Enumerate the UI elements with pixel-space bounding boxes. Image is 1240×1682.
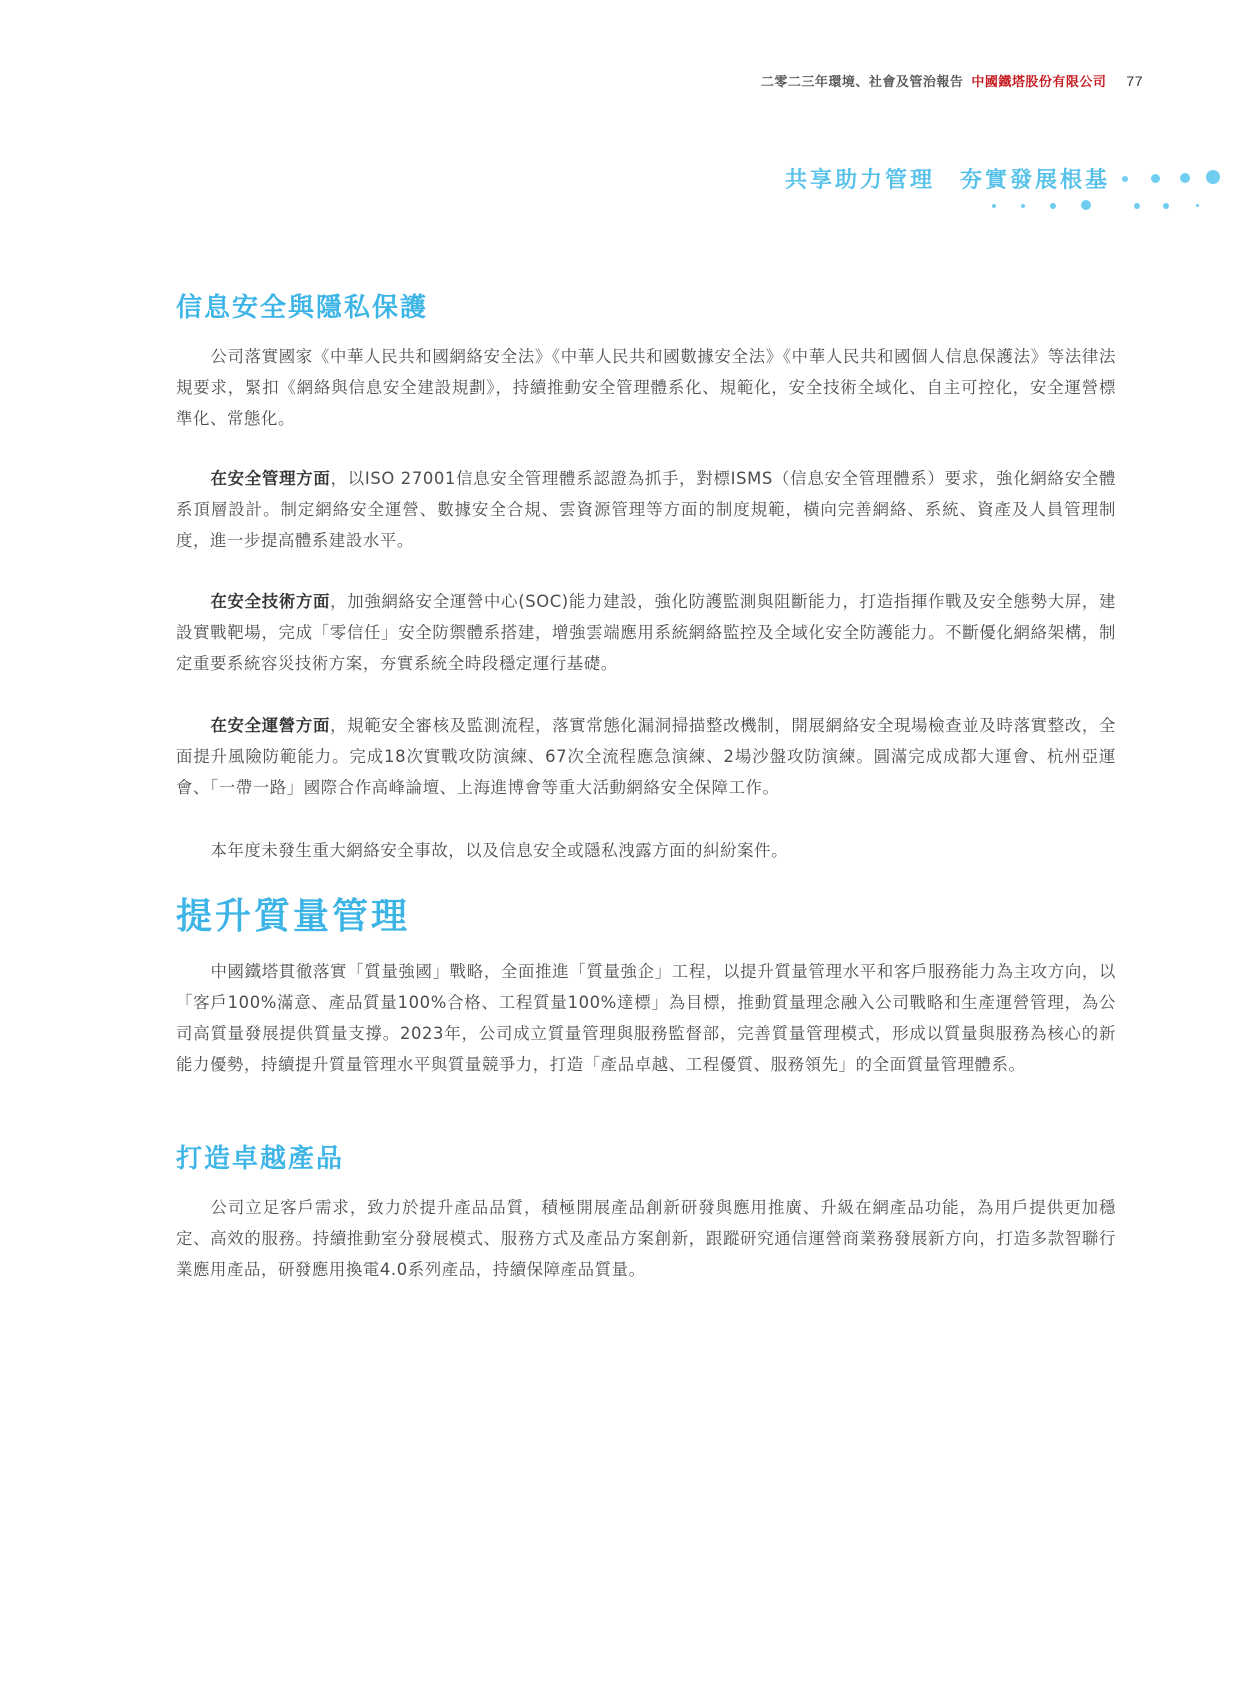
paragraph-lead: 在安全技術方面 xyxy=(210,592,330,611)
paragraph: 中國鐵塔貫徹落實「質量強國」戰略，全面推進「質量強企」工程，以提升質量管理水平和… xyxy=(176,956,1116,1080)
dot-icon xyxy=(1050,203,1056,209)
dot-icon xyxy=(992,204,996,208)
paragraph: 在安全技術方面，加強網絡安全運營中心(SOC)能力建設，強化防護監測與阻斷能力，… xyxy=(176,586,1116,679)
chapter-title: 共享助力管理 夯實發展根基 xyxy=(785,163,1110,194)
paragraph: 在安全管理方面，以ISO 27001信息安全管理體系認證為抓手，對標ISMS（信… xyxy=(176,463,1116,556)
paragraph: 本年度未發生重大網絡安全事故，以及信息安全或隱私洩露方面的糾紛案件。 xyxy=(176,835,1116,866)
paragraph-lead: 在安全運營方面 xyxy=(210,716,330,735)
paragraph: 在安全運營方面，規範安全審核及監測流程，落實常態化漏洞掃描整改機制，開展網絡安全… xyxy=(176,710,1116,803)
dot-icon xyxy=(1122,176,1128,182)
section-heading-products: 打造卓越產品 xyxy=(176,1138,344,1175)
section-heading-info-security: 信息安全與隱私保護 xyxy=(176,287,428,324)
section-heading-quality: 提升質量管理 xyxy=(176,888,410,939)
dot-icon xyxy=(1180,173,1190,183)
paragraph: 公司落實國家《中華人民共和國網絡安全法》《中華人民共和國數據安全法》《中華人民共… xyxy=(176,341,1116,434)
running-header: 二零二三年環境、社會及管治報告 中國鐵塔股份有限公司 77 xyxy=(761,71,1143,90)
dot-icon xyxy=(1081,200,1091,210)
dot-icon xyxy=(1206,170,1220,184)
paragraph: 公司立足客戶需求，致力於提升產品品質，積極開展產品創新研發與應用推廣、升級在網產… xyxy=(176,1192,1116,1285)
dot-icon xyxy=(1021,204,1025,208)
dot-icon xyxy=(1163,203,1169,209)
report-title: 二零二三年環境、社會及管治報告 xyxy=(761,71,964,90)
dot-icon xyxy=(1196,204,1199,207)
company-name: 中國鐵塔股份有限公司 xyxy=(971,71,1106,90)
paragraph-lead: 在安全管理方面 xyxy=(210,469,330,488)
dot-icon xyxy=(1151,174,1160,183)
dot-icon xyxy=(1134,203,1140,209)
page-number: 77 xyxy=(1126,73,1143,89)
